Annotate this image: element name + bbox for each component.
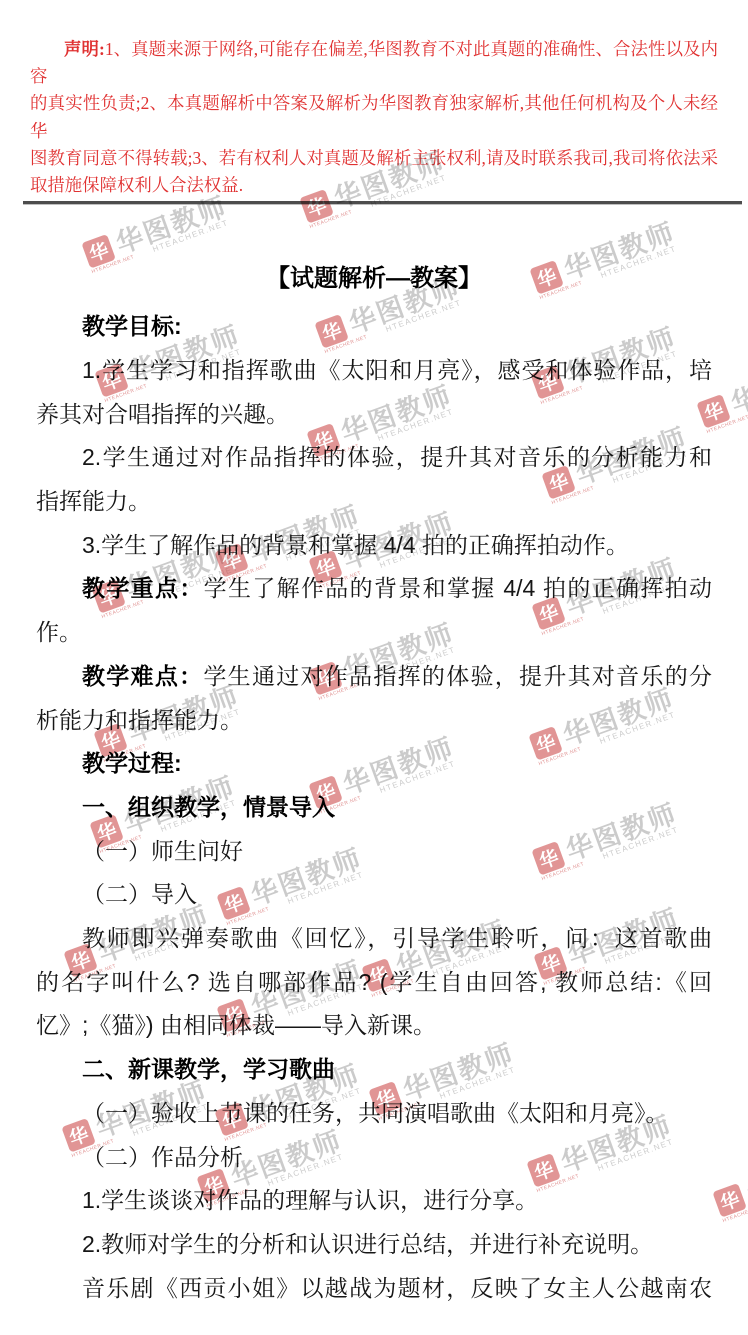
disclaimer: 声明:1、真题来源于网络,可能存在偏差,华图教育不对此真题的准确性、合法性以及内… — [30, 36, 718, 199]
text-line: 忆》;《猫》) 由相同体裁——导入新课。 — [36, 1004, 712, 1048]
text-line: 1.学生学习和指挥歌曲《太阳和月亮》，感受和体验作品，培 — [36, 349, 712, 393]
huatu-logo-caption: HTEACHER.NET — [706, 414, 748, 435]
watermark-domain-text: HTEACHER.NET — [151, 217, 233, 254]
text-line: 教学过程: — [36, 742, 712, 786]
huatu-logo-caption: HTEACHER.NET — [309, 209, 353, 230]
text-line: 教学重点：学生了解作品的背景和掌握 4/4 拍的正确挥拍动 — [36, 567, 712, 611]
bold-label: 声明: — [64, 39, 105, 59]
watermark-text: 华图教师HTEACHER.NET — [743, 1141, 748, 1214]
text-line: 的真实性负责;2、本真题解析中答案及解析为华图教育独家解析,其他任何机构及个人未… — [30, 90, 718, 144]
text-line: 一、组织教学，情景导入 — [36, 786, 712, 830]
text-line: 指挥能力。 — [36, 480, 712, 524]
text-line: 1.学生谈谈对作品的理解与认识，进行分享。 — [36, 1179, 712, 1223]
text-line: 音乐剧《西贡小姐》以越战为题材，反映了女主人公越南农 — [36, 1267, 712, 1311]
text-line: 2.教师对学生的分析和认识进行总结，并进行补充说明。 — [36, 1223, 712, 1267]
text-line: 作。 — [36, 611, 712, 655]
divider-line — [23, 201, 742, 205]
huatu-logo-caption: HTEACHER.NET — [722, 1203, 748, 1224]
watermark-text: 华图教师HTEACHER.NET — [727, 352, 748, 425]
text-line: （二）作品分析 — [36, 1136, 712, 1180]
text-line: 教学目标: — [36, 305, 712, 349]
document-body: 教学目标:1.学生学习和指挥歌曲《太阳和月亮》，感受和体验作品，培养其对合唱指挥… — [36, 305, 712, 1310]
watermark-brand-text: 华图教师 — [743, 1141, 748, 1207]
watermark-brand-text: 华图教师 — [727, 352, 748, 418]
text-line: 养其对合唱指挥的兴趣。 — [36, 393, 712, 437]
page-title: 【试题解析—教案】 — [0, 257, 748, 301]
text-line: 声明:1、真题来源于网络,可能存在偏差,华图教育不对此真题的准确性、合法性以及内… — [30, 36, 718, 90]
text-line: （一）验收上节课的任务，共同演唱歌曲《太阳和月亮》。 — [36, 1092, 712, 1136]
watermark: 华HTEACHER.NET华图教师HTEACHER.NET — [712, 1141, 748, 1225]
text-line: （一）师生问好 — [36, 830, 712, 874]
text-line: 教学难点：学生通过对作品指挥的体验，提升其对音乐的分 — [36, 655, 712, 699]
text-line: 取措施保障权利人合法权益. — [30, 172, 718, 199]
bold-label: 教学难点： — [82, 663, 203, 689]
text-line: 二、新课教学，学习歌曲 — [36, 1048, 712, 1092]
text-line: 2.学生通过对作品指挥的体验，提升其对音乐的分析能力和 — [36, 436, 712, 480]
huatu-logo-icon: 华HTEACHER.NET — [712, 1183, 747, 1218]
bold-label: 教学重点： — [82, 575, 204, 601]
text-line: 图教育同意不得转载;3、若有权利人对真题及解析主张权利,请及时联系我司,我司将依… — [30, 145, 718, 172]
document-page: 声明:1、真题来源于网络,可能存在偏差,华图教育不对此真题的准确性、合法性以及内… — [0, 0, 748, 1335]
text-line: 的名字叫什么? 选自哪部作品? (学生自由回答, 教师总结:《回 — [36, 961, 712, 1005]
text-line: （二）导入 — [36, 873, 712, 917]
text-line: 3.学生了解作品的背景和掌握 4/4 拍的正确挥拍动作。 — [36, 524, 712, 568]
text-line: 教师即兴弹奏歌曲《回忆》，引导学生聆听，问：这首歌曲 — [36, 917, 712, 961]
text-line: 析能力和指挥能力。 — [36, 699, 712, 743]
